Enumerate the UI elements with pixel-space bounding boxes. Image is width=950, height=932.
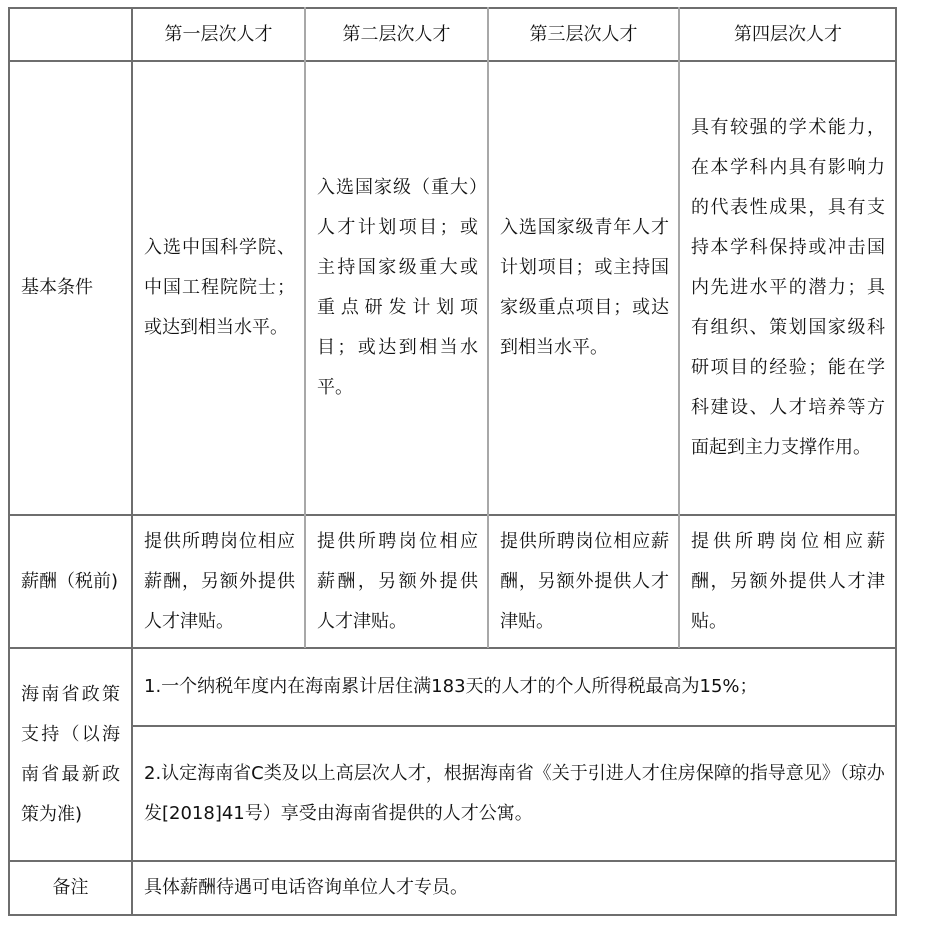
basic-conditions-tier-4-text: 具有较强的学术能力，在本学科内具有影响力的代表性成果，具有支持本学科保持或冲击国…: [691, 108, 885, 468]
policy-item-2: 2.认定海南省C类及以上高层次人才，根据海南省《关于引进人才住房保障的指导意见》…: [132, 726, 897, 861]
policy-item-2-text: 2.认定海南省C类及以上高层次人才，根据海南省《关于引进人才住房保障的指导意见》…: [144, 754, 885, 834]
basic-conditions-tier-4: 具有较强的学术能力，在本学科内具有影响力的代表性成果，具有支持本学科保持或冲击国…: [679, 61, 897, 515]
divider-basic: [9, 514, 897, 516]
salary-tier-2-text: 提供所聘岗位相应薪酬，另额外提供人才津贴。: [317, 522, 478, 642]
salary-tier-4-text: 提供所聘岗位相应薪酬，另额外提供人才津贴。: [691, 522, 885, 642]
header-tier-3-label: 第三层次人才: [488, 15, 679, 55]
remarks-label-cell: 备注: [9, 861, 132, 915]
policy-label: 海南省政策支持（以海南省最新政策为准): [21, 675, 120, 835]
salary-tier-4: 提供所聘岗位相应薪酬，另额外提供人才津贴。: [679, 515, 897, 648]
policy-label-cell: 海南省政策支持（以海南省最新政策为准): [9, 648, 132, 861]
remarks-text: 具体薪酬待遇可电话咨询单位人才专员。: [144, 868, 885, 908]
talent-tier-table: 第一层次人才 第二层次人才 第三层次人才 第四层次人才 基本条件 入选中国科学院…: [9, 8, 897, 916]
header-tier-3: 第三层次人才: [488, 8, 679, 61]
policy-item-1-text: 1.一个纳税年度内在海南累计居住满183天的人才的个人所得税最高为15%；: [144, 667, 885, 707]
header-tier-2: 第二层次人才: [305, 8, 488, 61]
header-tier-1: 第一层次人才: [132, 8, 305, 61]
basic-conditions-tier-3: 入选国家级青年人才计划项目；或主持国家级重点项目；或达到相当水平。: [488, 61, 679, 515]
salary-tier-1: 提供所聘岗位相应薪酬，另额外提供人才津贴。: [132, 515, 305, 648]
divider-policy-items: [132, 725, 897, 727]
salary-tier-2: 提供所聘岗位相应薪酬，另额外提供人才津贴。: [305, 515, 488, 648]
basic-conditions-tier-1: 入选中国科学院、中国工程院院士；或达到相当水平。: [132, 61, 305, 515]
border-top: [9, 7, 897, 9]
divider-label-col: [131, 7, 133, 916]
divider-col-3-4: [678, 7, 680, 648]
basic-conditions-label-cell: 基本条件: [9, 61, 132, 515]
basic-conditions-tier-2-text: 入选国家级（重大）人才计划项目；或主持国家级重大或重点研发计划项目；或达到相当水…: [317, 168, 478, 408]
border-left: [8, 7, 10, 916]
remarks-content-cell: 具体薪酬待遇可电话咨询单位人才专员。: [132, 861, 897, 915]
salary-tier-1-text: 提供所聘岗位相应薪酬，另额外提供人才津贴。: [144, 522, 295, 642]
basic-conditions-label: 基本条件: [21, 268, 120, 308]
basic-conditions-tier-2: 入选国家级（重大）人才计划项目；或主持国家级重大或重点研发计划项目；或达到相当水…: [305, 61, 488, 515]
salary-label-cell: 薪酬（税前): [9, 515, 132, 648]
divider-header: [9, 60, 897, 62]
border-bottom: [9, 914, 897, 916]
header-tier-4-label: 第四层次人才: [679, 15, 897, 55]
header-corner-cell: [9, 8, 132, 61]
basic-conditions-tier-3-text: 入选国家级青年人才计划项目；或主持国家级重点项目；或达到相当水平。: [500, 208, 669, 368]
header-tier-1-label: 第一层次人才: [132, 15, 305, 55]
header-tier-4: 第四层次人才: [679, 8, 897, 61]
divider-col-1-2: [304, 7, 306, 648]
divider-col-2-3: [487, 7, 489, 648]
basic-conditions-tier-1-text: 入选中国科学院、中国工程院院士；或达到相当水平。: [144, 228, 295, 348]
salary-tier-3-text: 提供所聘岗位相应薪酬，另额外提供人才津贴。: [500, 522, 669, 642]
divider-salary: [9, 647, 897, 649]
header-tier-2-label: 第二层次人才: [305, 15, 488, 55]
divider-policy: [9, 860, 897, 862]
salary-tier-3: 提供所聘岗位相应薪酬，另额外提供人才津贴。: [488, 515, 679, 648]
border-right: [895, 7, 897, 916]
policy-item-1: 1.一个纳税年度内在海南累计居住满183天的人才的个人所得税最高为15%；: [132, 648, 897, 726]
salary-label: 薪酬（税前): [21, 562, 120, 602]
remarks-label: 备注: [9, 868, 132, 908]
